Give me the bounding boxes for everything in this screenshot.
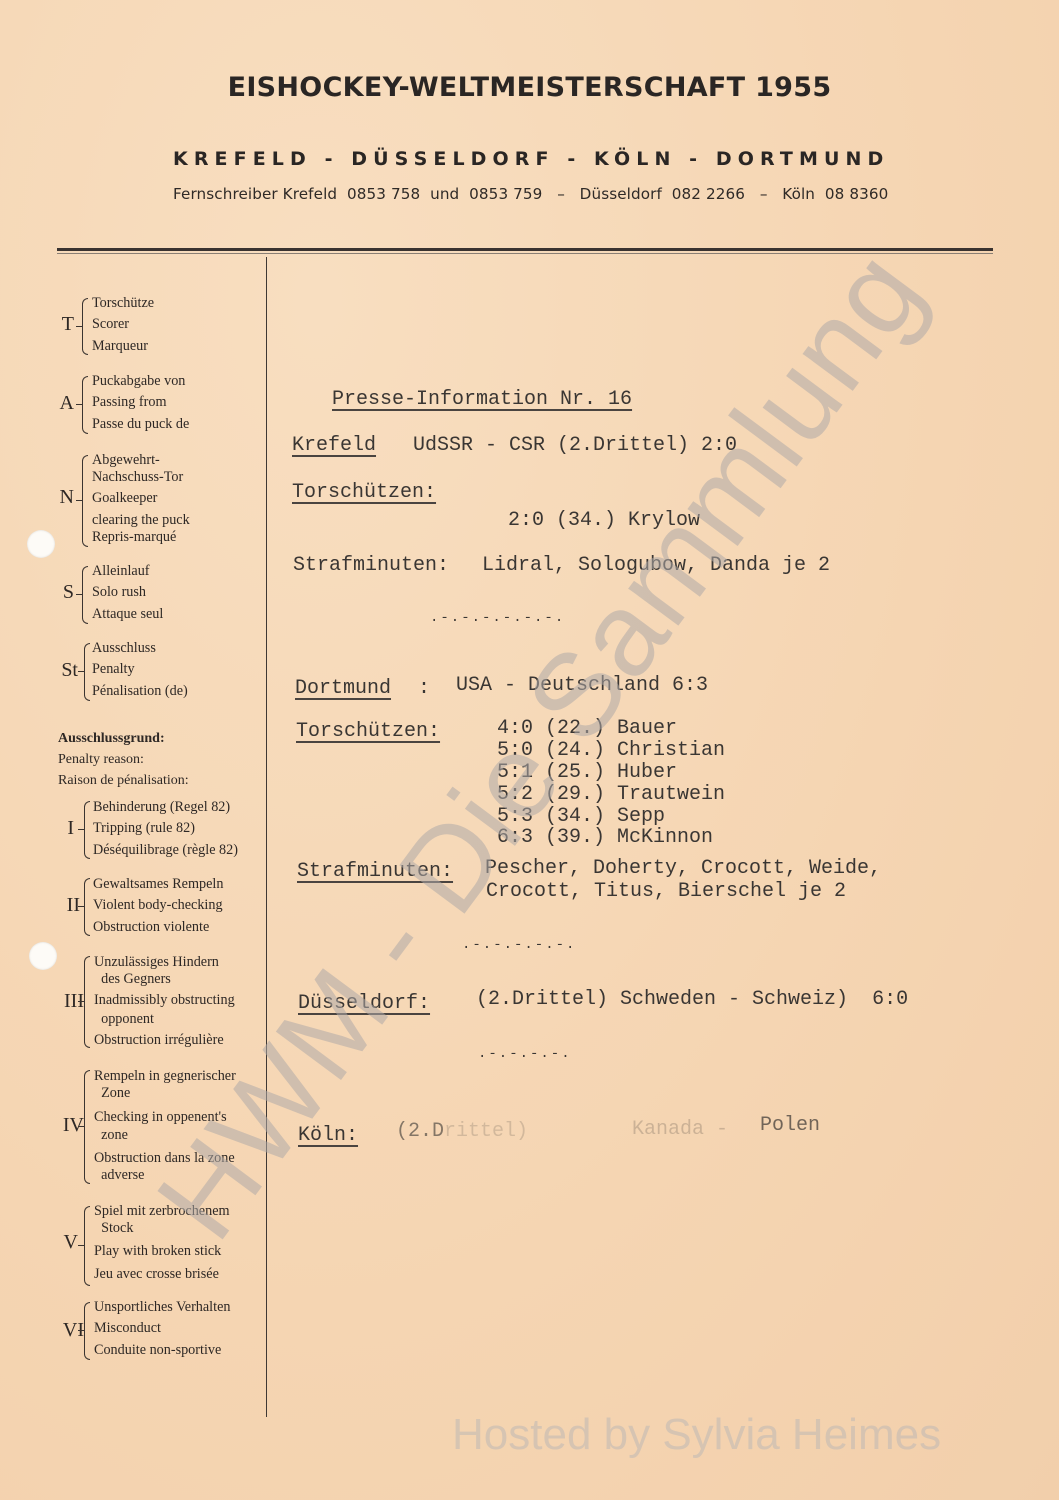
legend-line: Jeu avec crosse brisée [94, 1266, 219, 1283]
legend-line: Torschütze [92, 295, 154, 312]
duesseldorf-venue: Düsseldorf: [298, 992, 430, 1015]
legend-line: Déséquilibrage (règle 82) [93, 842, 238, 859]
header-rule [57, 248, 993, 251]
brace-icon [82, 376, 88, 434]
dortmund-penalties: Crocott, Titus, Bierschel je 2 [486, 880, 846, 903]
legend-line: Misconduct [94, 1320, 161, 1337]
legend-line: Obstruction irrégulière [94, 1032, 224, 1049]
krefeld-match: UdSSR - CSR (2.Drittel) 2:0 [413, 434, 737, 457]
legend-line: Goalkeeper [92, 490, 157, 507]
dortmund-scorer: 4:0 (22.) Bauer [497, 717, 677, 740]
legend-line: Scorer [92, 316, 129, 333]
letterhead-cities: KREFELD - DÜSSELDORF - KÖLN - DORTMUND [173, 148, 889, 170]
penalty-reason-heading: Ausschlussgrund: [58, 731, 165, 747]
legend-line: Behinderung (Regel 82) [93, 799, 230, 816]
legend-line: opponent [94, 1011, 154, 1028]
dortmund-scorer: 6:3 (39.) McKinnon [497, 826, 713, 849]
legend-line: Rempeln in gegnerischer [94, 1068, 236, 1085]
brace-icon [84, 1070, 90, 1184]
separator: .-.-.-.-.-.-. [430, 610, 565, 626]
brace-icon [84, 956, 90, 1048]
legend-line: Inadmissibly obstructing [94, 992, 235, 1009]
legend-line: Penalty [92, 661, 135, 678]
dortmund-scorers-label: Torschützen: [296, 720, 440, 743]
dortmund-venue: Dortmund [295, 677, 391, 700]
legend-line: Checking in oppenent's [94, 1109, 227, 1126]
krefeld-venue: Krefeld [292, 434, 376, 457]
legend-line: Obstruction dans la zone [94, 1150, 235, 1167]
legend-line: Abgewehrt- [92, 452, 160, 469]
brace-icon [84, 1206, 90, 1286]
legend-line: Stock [94, 1220, 133, 1237]
penalty-reason-heading-fr: Raison de pénalisation: [58, 773, 189, 789]
brace-icon [84, 878, 90, 936]
legend-key: S [44, 581, 74, 604]
report-heading: Presse-Information Nr. 16 [332, 388, 632, 411]
brace-icon [82, 455, 88, 547]
legend-line: Puckabgabe von [92, 373, 185, 390]
separator: .-.-.-.-.-. [462, 937, 576, 953]
legend-line: Conduite non-sportive [94, 1342, 221, 1359]
dortmund-scorer: 5:2 (29.) Trautwein [497, 783, 725, 806]
reason-key: II [50, 894, 80, 917]
krefeld-penalties-label: Strafminuten: [293, 554, 449, 577]
koeln-match-part-faded: Kanada - [632, 1118, 740, 1141]
penalty-reason-heading-en: Penalty reason: [58, 752, 144, 768]
legend-key: St [48, 659, 78, 682]
krefeld-scorers-label: Torschützen: [292, 481, 436, 504]
dortmund-penalties: Pescher, Doherty, Crocott, Weide, [485, 857, 881, 880]
brace-icon [84, 643, 90, 701]
legend-line: Marqueur [92, 338, 148, 355]
dortmund-match: USA - Deutschland 6:3 [456, 674, 708, 697]
legend-line: Zone [94, 1085, 130, 1102]
legend-line: Violent body-checking [93, 897, 223, 914]
legend-line: Passing from [92, 394, 166, 411]
dortmund-scorer: 5:3 (34.) Sepp [497, 805, 665, 828]
legend-key: T [44, 313, 74, 336]
legend-line: Gewaltsames Rempeln [93, 876, 223, 893]
margin-rule [266, 257, 267, 1417]
legend-line: Unsportliches Verhalten [94, 1299, 230, 1316]
legend-line: Ausschluss [92, 640, 156, 657]
koeln-match-part: Polen [760, 1114, 820, 1137]
duesseldorf-match: (2.Drittel) Schweden - Schweiz) 6:0 [476, 988, 908, 1011]
legend-line: zone [94, 1127, 128, 1144]
legend-line: Unzulässiges Hindern [94, 954, 219, 971]
legend-line: Repris-marqué [92, 529, 176, 546]
legend-line: Obstruction violente [93, 919, 209, 936]
punch-hole-icon [29, 942, 57, 970]
letterhead-title: EISHOCKEY-WELTMEISTERSCHAFT 1955 [0, 72, 1059, 103]
dortmund-colon: : [418, 677, 430, 700]
legend-line: Attaque seul [92, 606, 163, 623]
koeln-venue: Köln: [298, 1124, 358, 1147]
legend-line: adverse [94, 1167, 144, 1184]
hosted-by-watermark: Hosted by Sylvia Heimes [452, 1410, 941, 1460]
brace-icon [84, 801, 90, 859]
koeln-match-part-faded: rittel) [444, 1120, 540, 1143]
legend-key: A [44, 392, 74, 415]
legend-line: Nachschuss-Tor [92, 469, 183, 486]
letterhead-telex: Fernschreiber Krefeld 0853 758 und 0853 … [173, 185, 888, 203]
dortmund-scorer: 5:1 (25.) Huber [497, 761, 677, 784]
legend-line: Spiel mit zerbrochenem [94, 1203, 230, 1220]
brace-icon [84, 1302, 90, 1360]
legend-line: Tripping (rule 82) [93, 820, 195, 837]
separator: .-.-.-.-. [478, 1046, 572, 1062]
legend-line: des Gegners [94, 971, 171, 988]
krefeld-scorer: 2:0 (34.) Krylow [508, 509, 700, 532]
header-rule-thin [57, 253, 993, 254]
reason-key: I [44, 817, 74, 840]
legend-line: Pénalisation (de) [92, 683, 188, 700]
koeln-match-part: (2.D [396, 1120, 444, 1143]
legend-line: Alleinlauf [92, 563, 150, 580]
brace-icon [82, 566, 88, 624]
legend-line: clearing the puck [92, 512, 190, 529]
krefeld-penalties: Lidral, Sologubow, Danda je 2 [482, 554, 830, 577]
legend-line: Solo rush [92, 584, 146, 601]
punch-hole-icon [27, 530, 55, 558]
legend-line: Play with broken stick [94, 1243, 221, 1260]
dortmund-scorer: 5:0 (24.) Christian [497, 739, 725, 762]
reason-key: V [48, 1231, 78, 1254]
legend-key: N [44, 486, 74, 509]
brace-icon [82, 298, 88, 355]
legend-line: Passe du puck de [92, 416, 189, 433]
dortmund-penalties-label: Strafminuten: [297, 860, 453, 883]
